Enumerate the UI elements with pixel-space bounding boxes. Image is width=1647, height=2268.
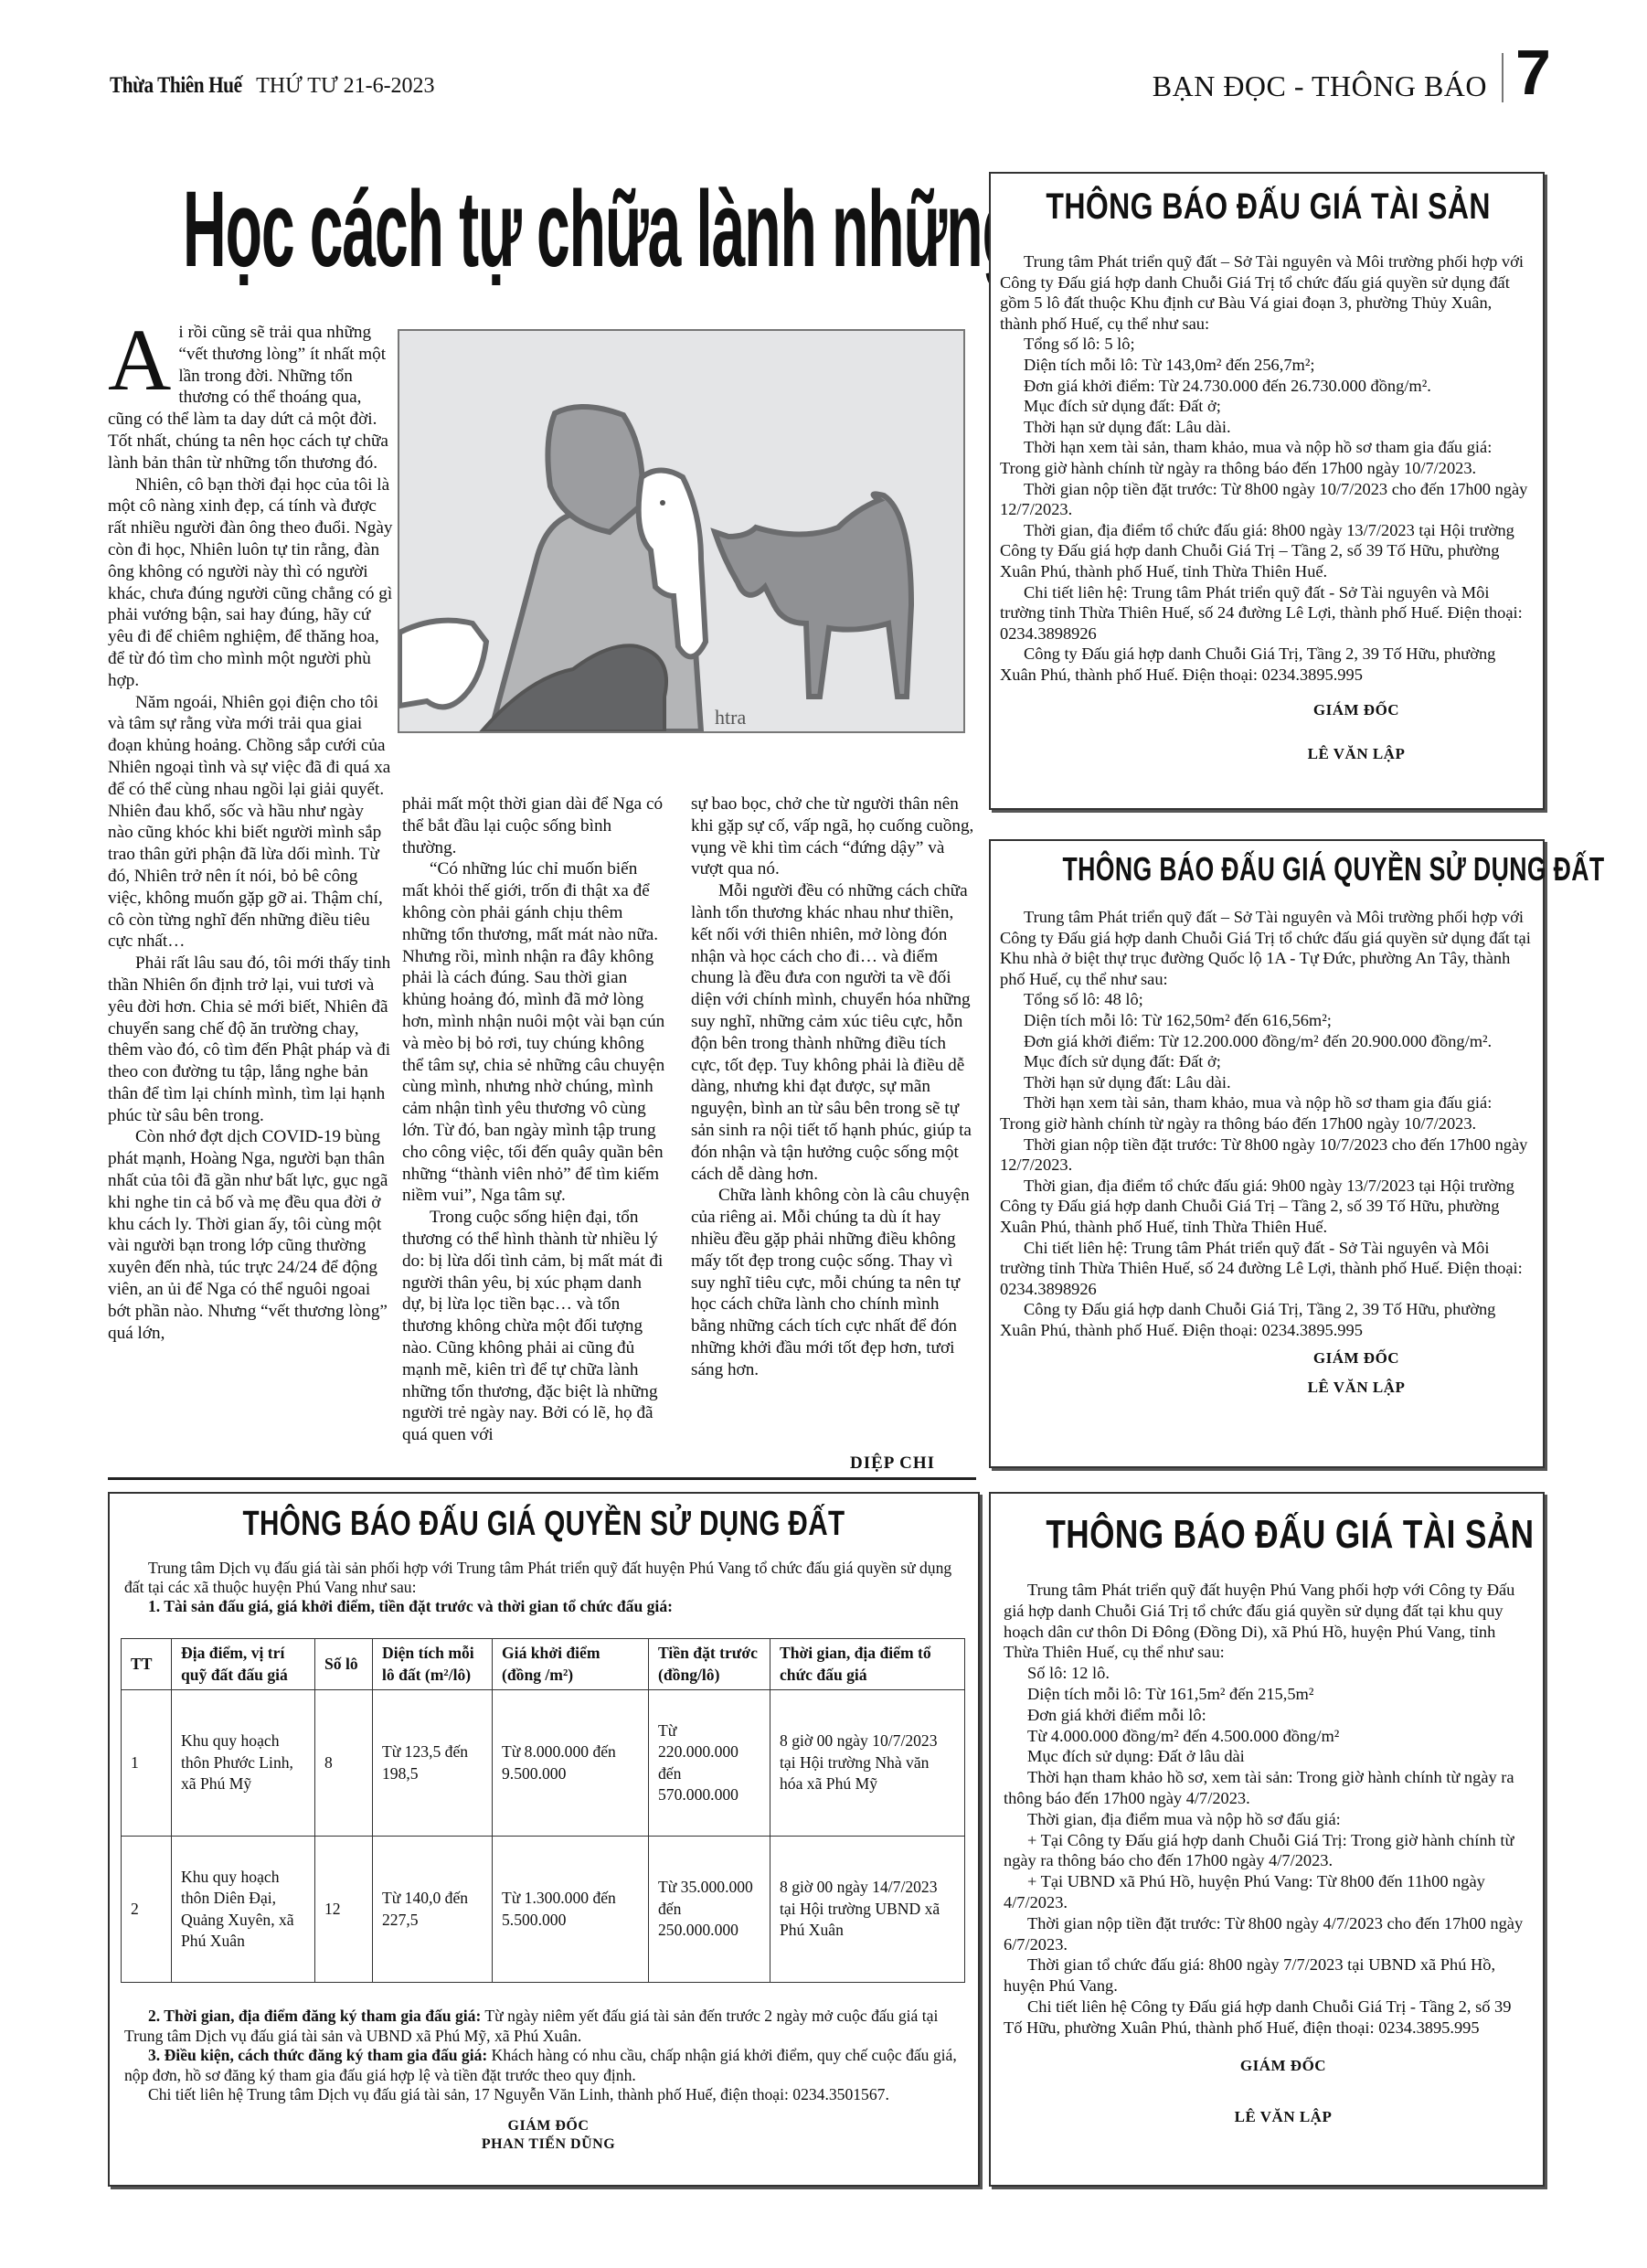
notice-contact: Chi tiết liên hệ Trung tâm Dịch vụ đấu g…	[124, 2085, 963, 2105]
article-column-1: Ai rồi cũng sẽ trải qua những “vết thươn…	[108, 322, 393, 1344]
article-paragraph: Trong cuộc sống hiện đại, tổn thương có …	[402, 1207, 667, 1446]
table-row: 1 Khu quy hoạch thôn Phước Linh, xã Phú …	[122, 1690, 965, 1837]
notice-body: Trung tâm Phát triển quỹ đất – Sở Tài ng…	[991, 889, 1543, 1340]
notice-body: Trung tâm Phát triển quỹ đất huyện Phú V…	[991, 1558, 1543, 2039]
illustration-drawing-icon: htra	[399, 331, 963, 731]
article-paragraph: Nhiên, cô bạn thời đại học của tôi là mộ…	[108, 474, 393, 692]
issue-date: THỨ TƯ 21-6-2023	[256, 74, 434, 99]
article-column-2: phải mất một thời gian dài để Nga có thể…	[402, 793, 667, 1446]
signer-name: LÊ VĂN LẬP	[1265, 745, 1448, 763]
signer-name: LÊ VĂN LẬP	[1192, 2108, 1375, 2126]
article-paragraph: Chữa lành không còn là câu chuyện của ri…	[691, 1185, 974, 1380]
header-divider	[1502, 53, 1504, 102]
article-paragraph: phải mất một thời gian dài để Nga có thể…	[402, 793, 667, 858]
column-header: Giá khởi điểm (đồng /m²)	[493, 1639, 649, 1690]
signer-title: GIÁM ĐỐC	[1265, 1349, 1448, 1368]
notice-title: THÔNG BÁO ĐẤU GIÁ QUYỀN SỬ DỤNG ĐẤT	[1063, 850, 1472, 889]
column-header: Tiền đặt trước (đồng/lô)	[649, 1639, 770, 1690]
auction-table: TT Địa điểm, vị trí quỹ đất đấu giá Số l…	[121, 1638, 965, 1983]
article-paragraph: “Có những lúc chỉ muốn biến mất khỏi thế…	[402, 858, 667, 1207]
article-byline: DIỆP CHI	[850, 1453, 935, 1474]
notice-section-3: 3. Điều kiện, cách thức đăng ký tham gia…	[124, 2046, 963, 2085]
article-paragraph: Còn nhớ đợt dịch COVID-19 bùng phát mạnh…	[108, 1126, 393, 1344]
table-header-row: TT Địa điểm, vị trí quỹ đất đấu giá Số l…	[122, 1639, 965, 1690]
page-number: 7	[1515, 40, 1551, 104]
notice-section-2: 2. Thời gian, địa điểm đăng ký tham gia …	[124, 2007, 963, 2046]
section-title: BẠN ĐỌC - THÔNG BÁO	[1153, 69, 1487, 103]
article-paragraph: Mỗi người đều có những cách chữa lành tổ…	[691, 880, 974, 1185]
notice-title: THÔNG BÁO ĐẤU GIÁ QUYỀN SỬ DỤNG ĐẤT	[206, 1505, 883, 1544]
notice-land-auction-phu-vang: THÔNG BÁO ĐẤU GIÁ QUYỀN SỬ DỤNG ĐẤT Trun…	[108, 1492, 980, 2187]
article-illustration: htra	[398, 329, 965, 733]
article-paragraph: Ai rồi cũng sẽ trải qua những “vết thươn…	[108, 322, 393, 474]
column-header: TT	[122, 1639, 172, 1690]
notice-intro: Trung tâm Dịch vụ đấu giá tài sản phối h…	[124, 1559, 963, 1597]
drop-cap: A	[108, 325, 171, 395]
column-header: Diện tích mỗi lô đất (m²/lô)	[373, 1639, 493, 1690]
article-bottom-rule	[108, 1477, 976, 1480]
signer-name: PHAN TIẾN DŨNG	[439, 2136, 658, 2153]
svg-text:htra: htra	[715, 706, 746, 729]
masthead: Thừa Thiên Huế THỨ TƯ 21-6-2023	[110, 73, 435, 99]
notice-section-1: 1. Tài sản đấu giá, giá khởi điểm, tiền …	[124, 1597, 963, 1616]
notice-title: THÔNG BÁO ĐẤU GIÁ TÀI SẢN	[1046, 186, 1487, 228]
table-row: 2 Khu quy hoạch thôn Diên Đại, Quảng Xuy…	[122, 1837, 965, 1983]
newspaper-name: Thừa Thiên Huế	[110, 73, 242, 99]
notice-body: Trung tâm Phát triển quỹ đất – Sở Tài ng…	[991, 228, 1543, 685]
signer-name: LÊ VĂN LẬP	[1265, 1379, 1448, 1397]
notice-land-auction-1: THÔNG BÁO ĐẤU GIÁ QUYỀN SỬ DỤNG ĐẤT Trun…	[989, 839, 1545, 1468]
article-paragraph: sự bao bọc, chở che từ người thân nên kh…	[691, 793, 974, 880]
article-headline: Học cách tự chữa lành những tổn thương	[183, 170, 633, 289]
column-header: Thời gian, địa điểm tổ chức đấu giá	[770, 1639, 965, 1690]
notice-asset-auction-2: THÔNG BÁO ĐẤU GIÁ TÀI SẢN Trung tâm Phát…	[989, 1492, 1545, 2187]
notice-body: Trung tâm Dịch vụ đấu giá tài sản phối h…	[110, 1544, 978, 1616]
notice-title: THÔNG BÁO ĐẤU GIÁ TÀI SẢN	[1046, 1512, 1487, 1558]
column-header: Địa điểm, vị trí quỹ đất đấu giá	[172, 1639, 315, 1690]
column-header: Số lô	[315, 1639, 373, 1690]
signer-title: GIÁM ĐỐC	[439, 2118, 658, 2135]
signer-title: GIÁM ĐỐC	[1265, 701, 1448, 719]
notice-details: 2. Thời gian, địa điểm đăng ký tham gia …	[110, 1983, 978, 2105]
notice-asset-auction-1: THÔNG BÁO ĐẤU GIÁ TÀI SẢN Trung tâm Phát…	[989, 172, 1545, 810]
signer-title: GIÁM ĐỐC	[1192, 2057, 1375, 2075]
article-paragraph: Năm ngoái, Nhiên gọi điện cho tôi và tâm…	[108, 692, 393, 953]
article-column-3: sự bao bọc, chở che từ người thân nên kh…	[691, 793, 974, 1381]
article-paragraph: Phải rất lâu sau đó, tôi mới thấy tinh t…	[108, 953, 393, 1126]
